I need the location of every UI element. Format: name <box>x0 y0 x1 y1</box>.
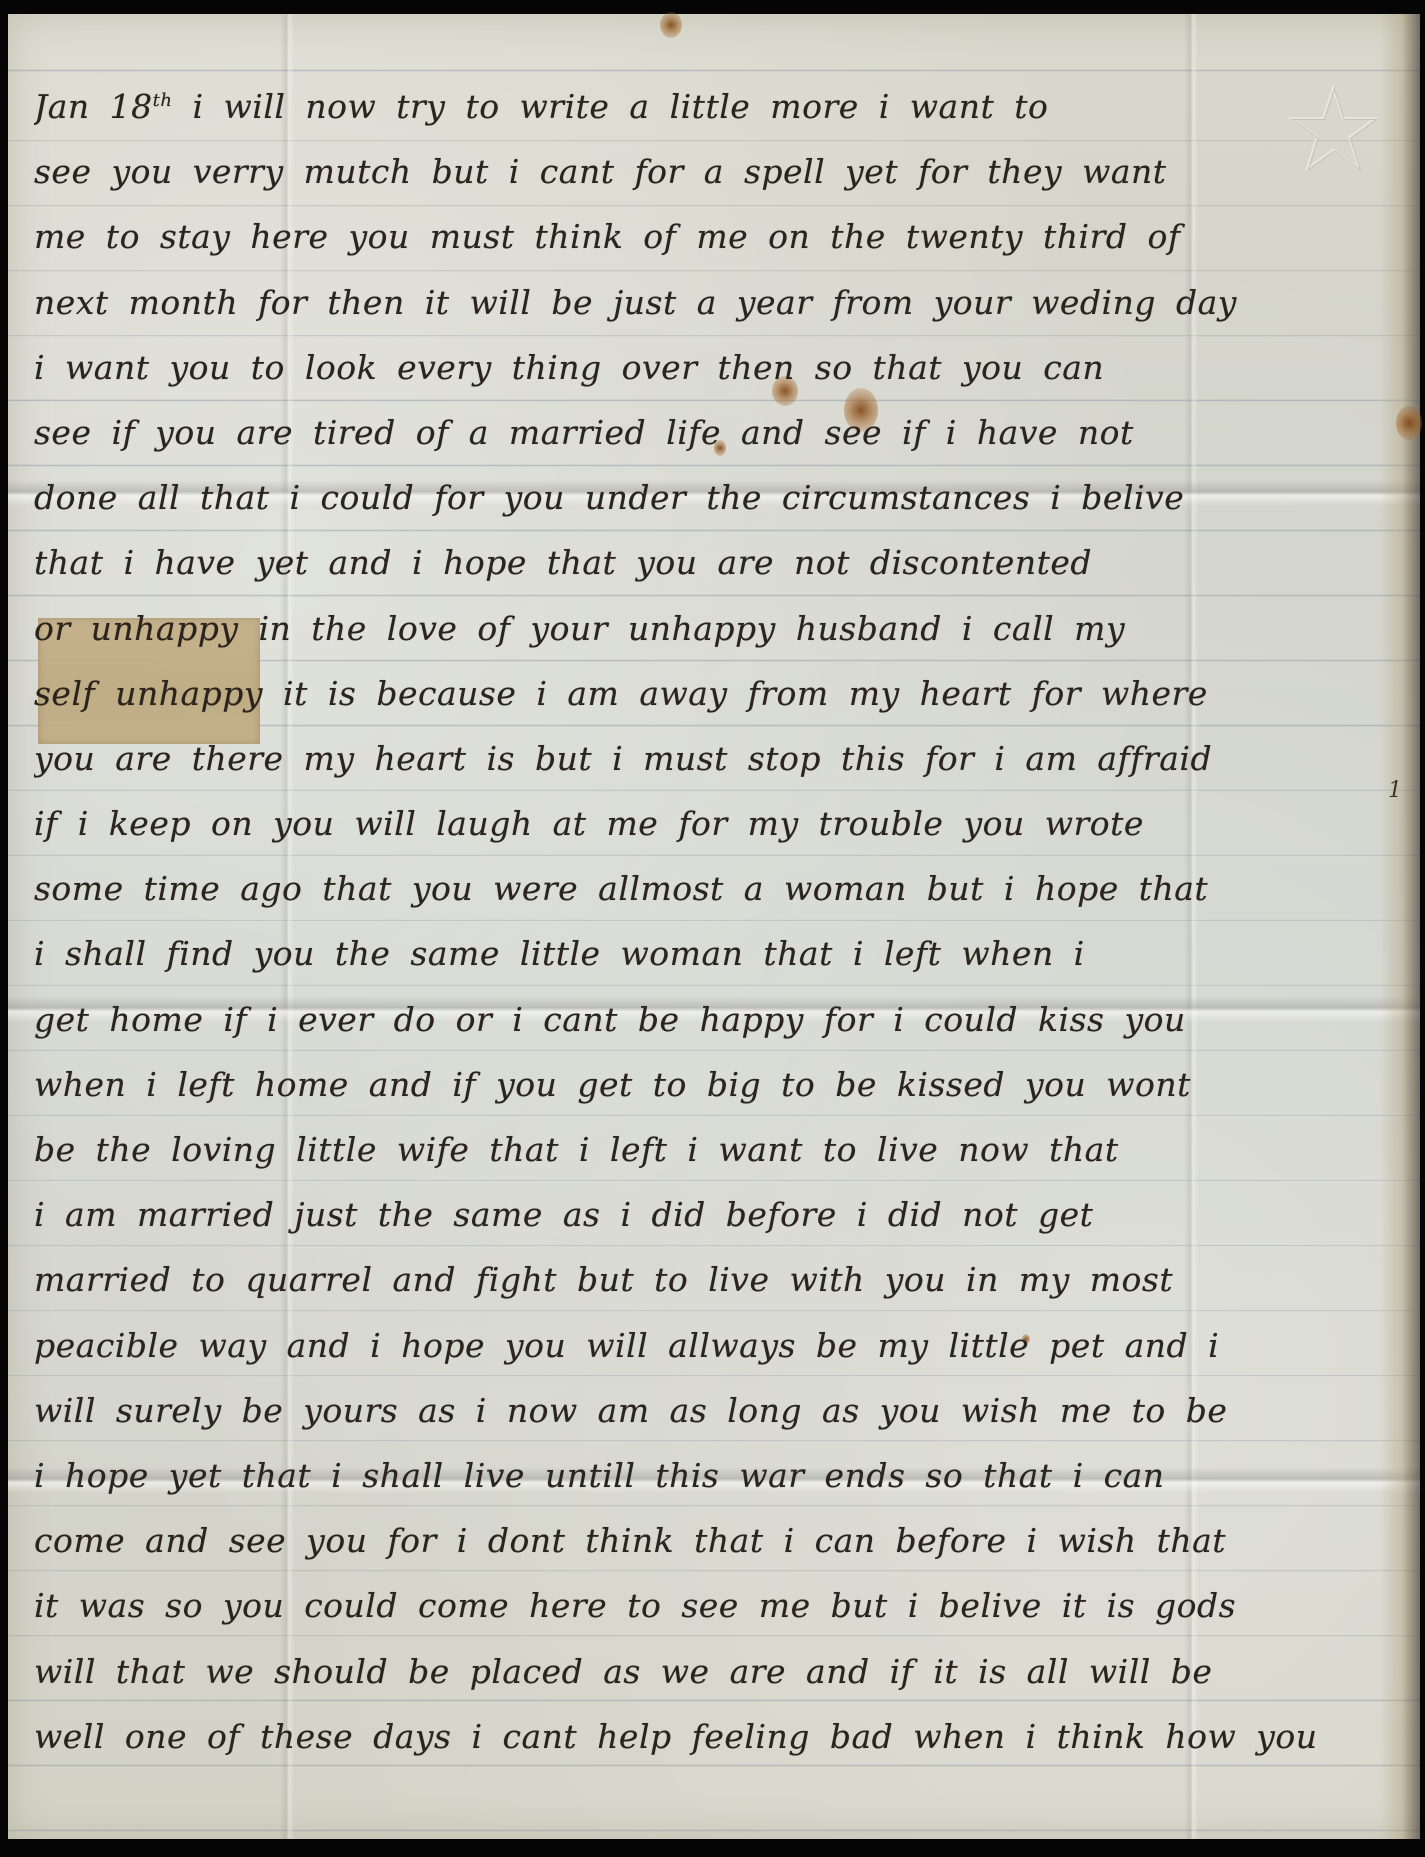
letter-line: done all that i could for you under the … <box>34 465 1404 530</box>
letter-line: be the loving little wife that i left i … <box>34 1117 1404 1182</box>
letter-line: when i left home and if you get to big t… <box>34 1052 1404 1117</box>
letter-line: well one of these days i cant help feeli… <box>34 1704 1404 1769</box>
letter-line: will that we should be placed as we are … <box>34 1639 1404 1704</box>
letter-line: peacible way and i hope you will allways… <box>34 1313 1404 1378</box>
letter-line: get home if i ever do or i cant be happy… <box>34 987 1404 1052</box>
letter-line: if i keep on you will laugh at me for my… <box>34 791 1404 856</box>
letter-line: or unhappy in the love of your unhappy h… <box>34 596 1404 661</box>
rust-stain <box>660 12 682 38</box>
margin-note: 1 <box>1388 778 1402 803</box>
letter-line: i want you to look every thing over then… <box>34 335 1404 400</box>
letter-line: me to stay here you must think of me on … <box>34 204 1404 269</box>
letter-line: that i have yet and i hope that you are … <box>34 530 1404 595</box>
letter-line: see you verry mutch but i cant for a spe… <box>34 139 1404 204</box>
letter-line: come and see you for i dont think that i… <box>34 1508 1404 1573</box>
letter-line: some time ago that you were allmost a wo… <box>34 856 1404 921</box>
letter-line: i shall find you the same little woman t… <box>34 921 1404 986</box>
letter-line: i hope yet that i shall live untill this… <box>34 1443 1404 1508</box>
letter-line: see if you are tired of a married life a… <box>34 400 1404 465</box>
letter-line: you are there my heart is but i must sto… <box>34 726 1404 791</box>
letter-date: Jan 18th <box>34 87 172 126</box>
letter-line: married to quarrel and fight but to live… <box>34 1247 1404 1312</box>
letter-line: Jan 18th i will now try to write a littl… <box>34 74 1404 139</box>
letter-body: Jan 18th i will now try to write a littl… <box>34 74 1404 1769</box>
letter-line-text: i will now try to write a little more i … <box>192 87 1048 126</box>
letter-line: next month for then it will be just a ye… <box>34 270 1404 335</box>
letter-line: it was so you could come here to see me … <box>34 1573 1404 1638</box>
letter-line: i am married just the same as i did befo… <box>34 1182 1404 1247</box>
letter-line: self unhappy it is because i am away fro… <box>34 661 1404 726</box>
scan-background: Jan 18th i will now try to write a littl… <box>0 0 1425 1857</box>
letter-line: will surely be yours as i now am as long… <box>34 1378 1404 1443</box>
